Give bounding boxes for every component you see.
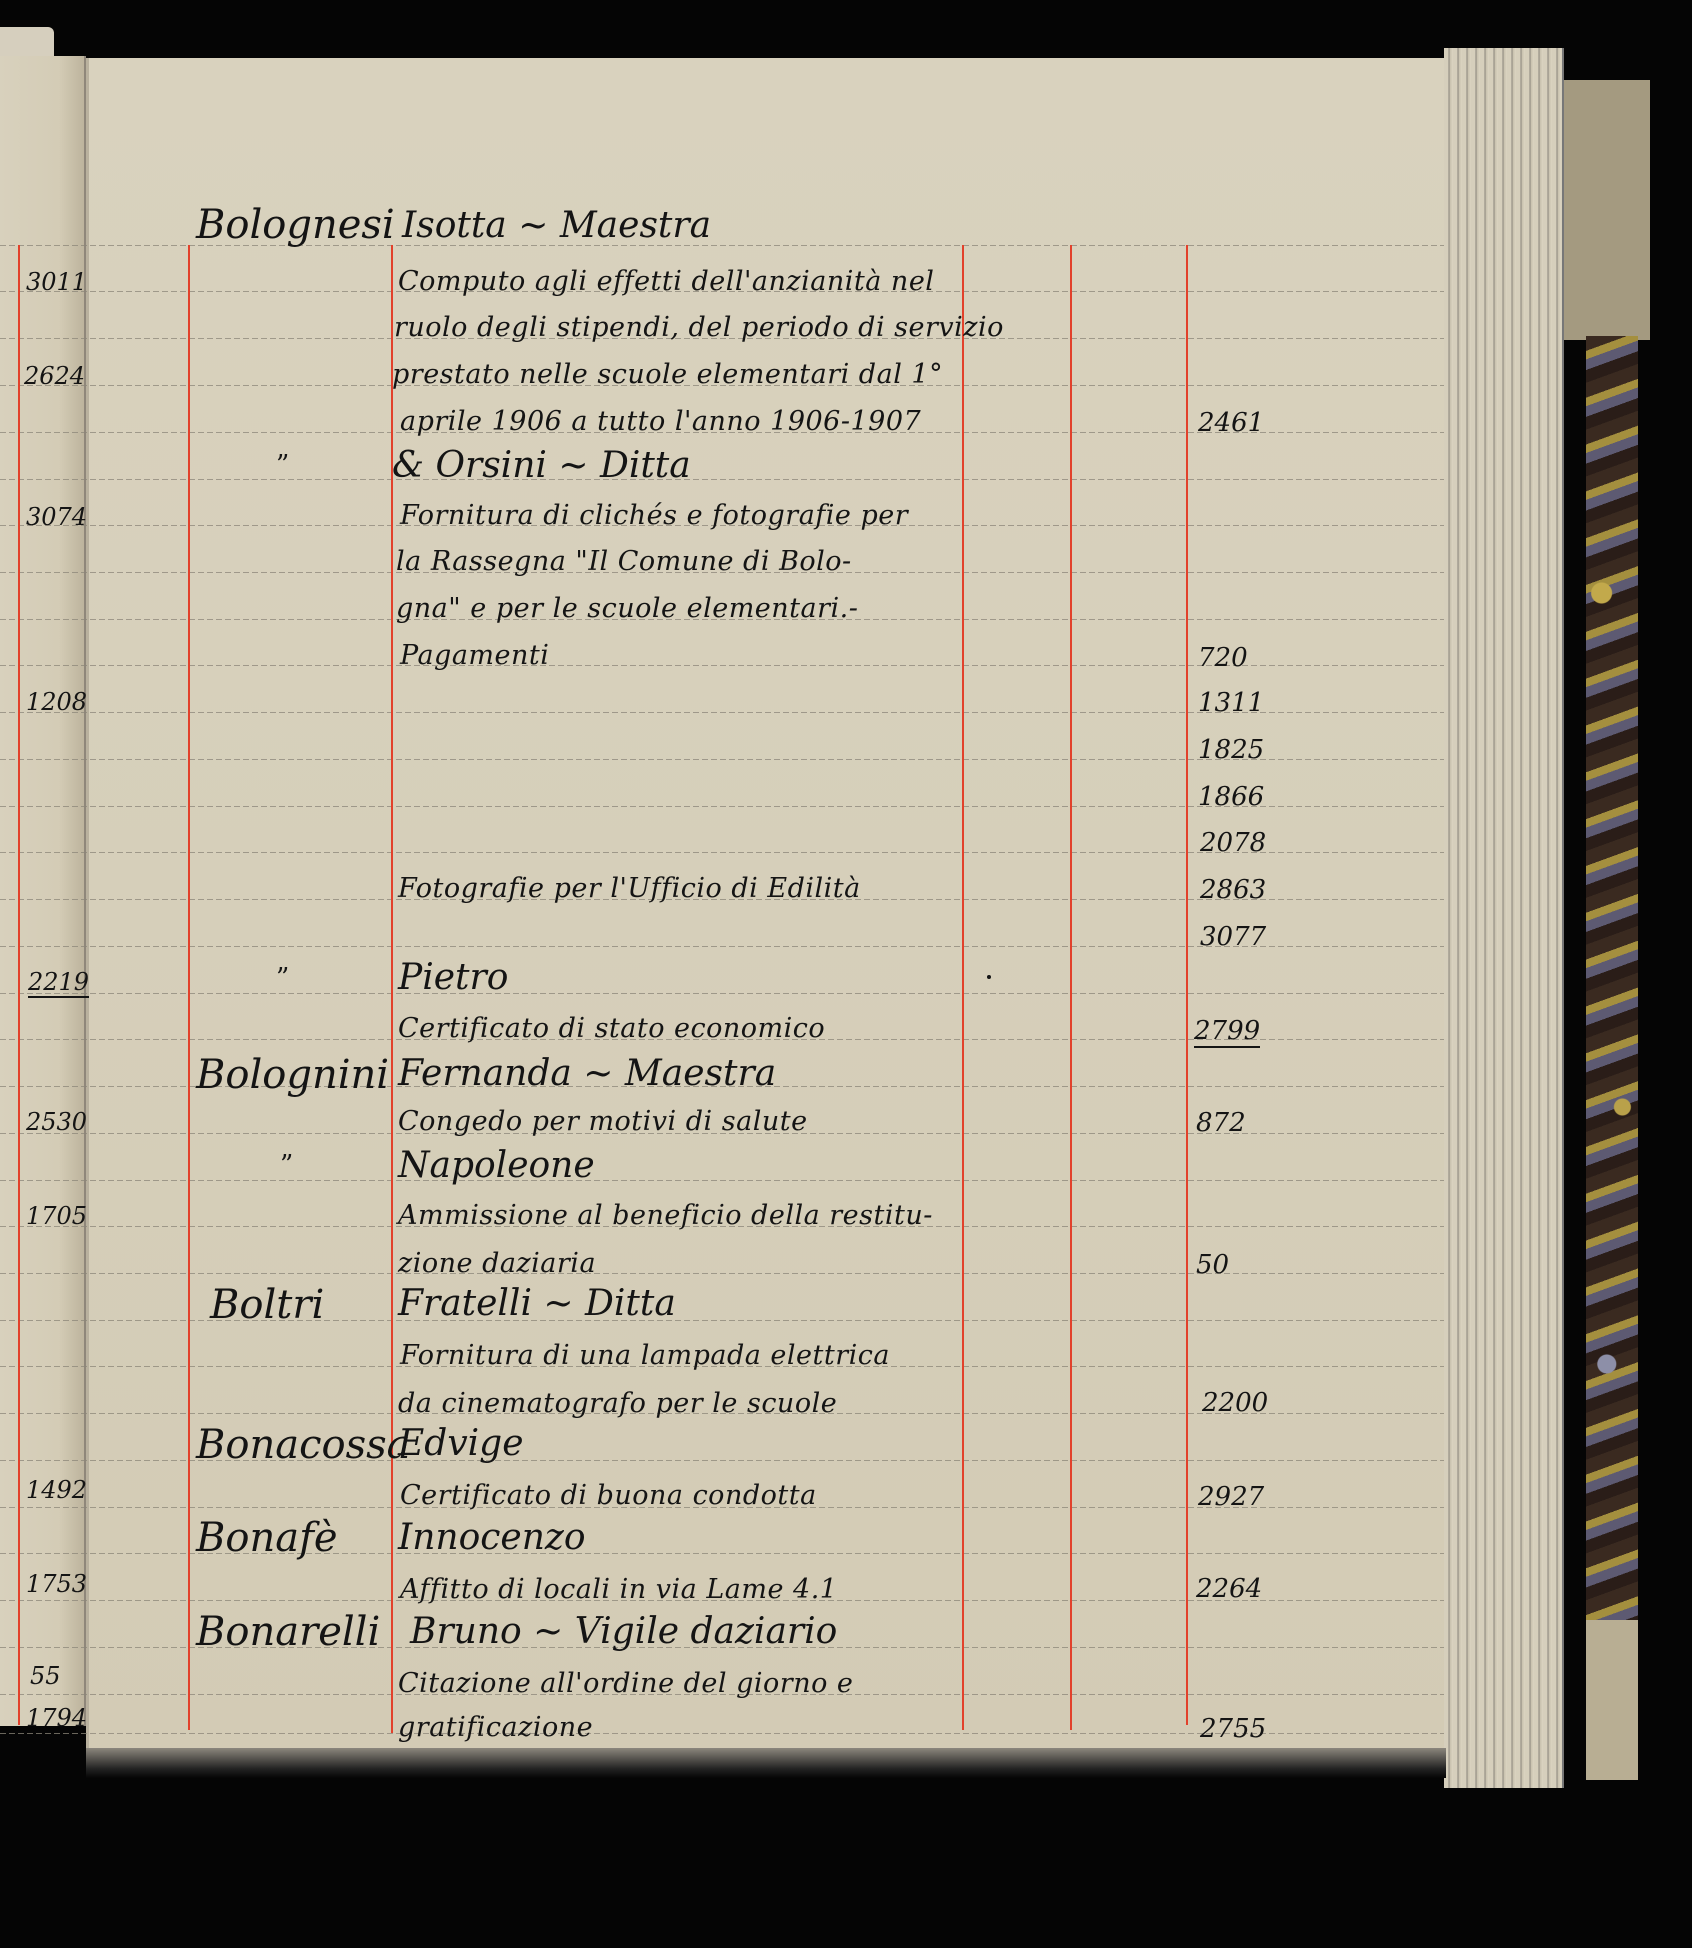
ref-number: 3074 [26, 505, 87, 529]
ref-number: 1492 [26, 1478, 87, 1502]
description-line: Fornitura di clichés e fotografie per [400, 502, 908, 529]
description-line: Fornitura di una lampada elettrica [400, 1342, 890, 1369]
amount: 50 [1196, 1252, 1229, 1278]
amount: 1311 [1198, 690, 1264, 716]
surname: Bonarelli [196, 1612, 380, 1652]
ref-number: 3011 [26, 270, 87, 294]
amount: 2863 [1200, 877, 1266, 903]
description-line: Ammissione al beneficio della restitu- [398, 1202, 933, 1229]
first-name: & Orsini ~ Ditta [392, 448, 691, 484]
description-line: zione daziaria [398, 1250, 596, 1277]
page-stack-edge [1444, 48, 1564, 1788]
description-line: Computo agli effetti dell'anzianità nel [398, 268, 934, 295]
surname: Bolognesi [196, 205, 395, 245]
description-line: da cinematografo per le scuole [398, 1390, 837, 1417]
ref-number: 2530 [26, 1110, 87, 1134]
first-name: Edvige [398, 1426, 524, 1462]
ref-number: 1753 [26, 1572, 87, 1596]
marbled-cover [1586, 336, 1638, 1621]
description-line: gratificazione [398, 1714, 593, 1741]
description-line: prestato nelle scuole elementari dal 1° [392, 361, 943, 388]
ref-number: 1705 [26, 1204, 87, 1228]
description-line: ruolo degli stipendi, del periodo di ser… [394, 314, 1004, 341]
first-name: Fernanda ~ Maestra [398, 1056, 776, 1092]
description-line: la Rassegna "Il Comune di Bolo- [396, 548, 852, 575]
ink-dot [987, 975, 991, 979]
description-line: Pagamenti [400, 642, 549, 669]
amount: 2461 [1198, 410, 1264, 436]
description-line: Congedo per motivi di salute [398, 1108, 808, 1135]
surname: Boltri [210, 1285, 324, 1325]
column-rule-surname [188, 245, 190, 1730]
surname: Bolognini [196, 1055, 389, 1095]
first-name: Bruno ~ Vigile daziario [410, 1614, 837, 1650]
description-line: Fotografie per l'Ufficio di Edilità [398, 875, 861, 902]
amount: 1866 [1198, 784, 1264, 810]
first-name: Fratelli ~ Ditta [398, 1286, 676, 1322]
surname: Bonacossa [196, 1425, 410, 1465]
amount: 2264 [1196, 1576, 1262, 1602]
amount: 3077 [1200, 924, 1266, 950]
first-name: Pietro [398, 960, 508, 996]
first-name: Innocenzo [398, 1520, 586, 1556]
column-rule-amount [1186, 245, 1188, 1725]
amount: 2078 [1200, 830, 1266, 856]
ref-number: 1208 [26, 690, 87, 714]
amount: 2799 [1194, 1018, 1260, 1048]
description-line: Certificato di buona condotta [400, 1482, 817, 1509]
ditto-mark: ” [276, 452, 289, 478]
column-rule-mid2 [1070, 245, 1072, 1730]
description-line: Affitto di locali in via Lame 4.1 [400, 1576, 837, 1603]
ref-number: 55 [30, 1664, 61, 1688]
book-cover-bottom [1586, 1620, 1638, 1780]
description-line: Citazione all'ordine del giorno e [398, 1670, 853, 1697]
ditto-mark: ” [280, 1152, 293, 1178]
first-name: Isotta ~ Maestra [402, 208, 711, 244]
amount: 872 [1196, 1110, 1246, 1136]
column-rule-mid [962, 245, 964, 1730]
description-line: aprile 1906 a tutto l'anno 1906-1907 [400, 408, 921, 435]
amount: 2200 [1202, 1390, 1268, 1416]
ref-number: 2624 [24, 364, 85, 388]
column-rule-ref [18, 245, 20, 1725]
surname: Bonafè [196, 1518, 338, 1558]
ref-number: 1794 [26, 1706, 87, 1730]
amount: 720 [1198, 645, 1248, 671]
description-line: gna" e per le scuole elementari.- [396, 595, 858, 622]
ditto-mark: ” [276, 965, 289, 991]
amount: 2927 [1198, 1484, 1264, 1510]
first-name: Napoleone [398, 1148, 595, 1184]
ref-number: 2219 [28, 970, 89, 998]
amount: 2755 [1200, 1716, 1266, 1742]
description-line: Certificato di stato economico [398, 1015, 825, 1042]
amount: 1825 [1198, 737, 1264, 763]
